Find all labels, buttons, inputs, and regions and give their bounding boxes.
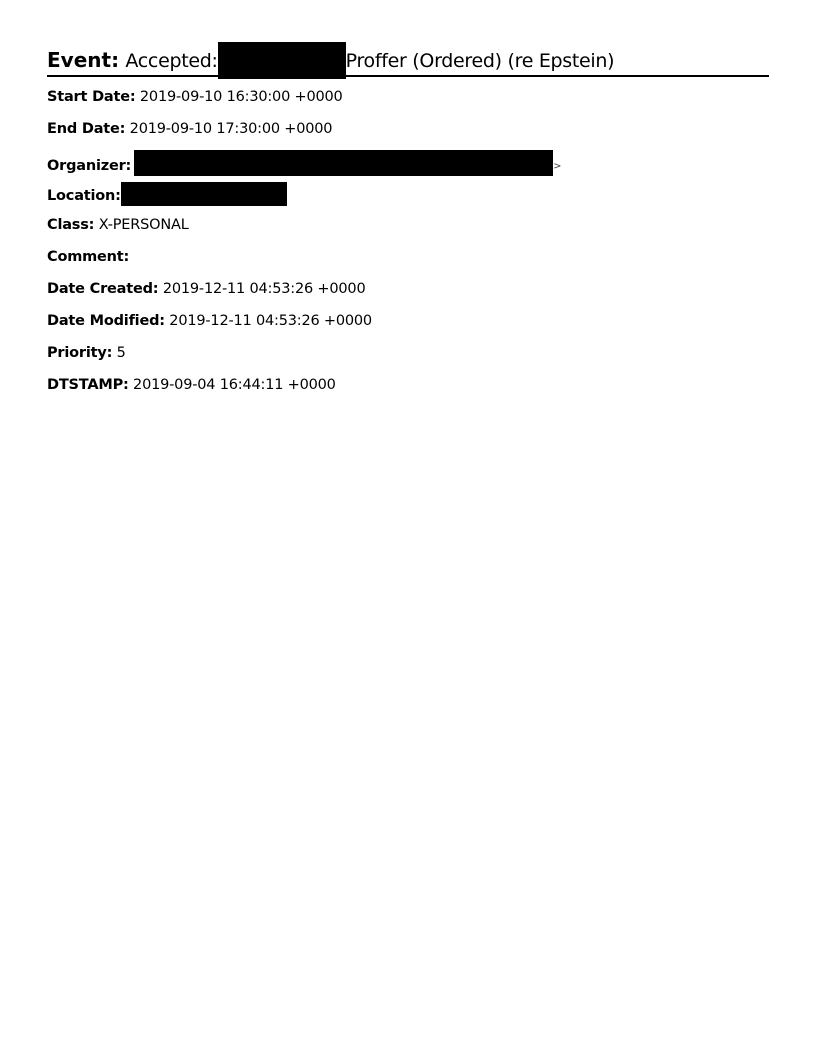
event-label: Event: xyxy=(47,48,119,72)
redaction-block xyxy=(218,42,346,79)
field-value-suffix: > xyxy=(553,161,561,172)
field-value: 5 xyxy=(117,345,126,361)
field-comment: Comment: xyxy=(47,246,561,278)
field-value: 2019-09-10 16:30:00 +0000 xyxy=(140,89,343,105)
field-date-created: Date Created: 2019-12-11 04:53:26 +0000 xyxy=(47,278,561,310)
field-value: X-PERSONAL xyxy=(99,217,189,233)
field-label: Location: xyxy=(47,188,121,204)
field-end-date: End Date: 2019-09-10 17:30:00 +0000 xyxy=(47,118,561,150)
field-label: Date Created: xyxy=(47,281,158,297)
field-label: DTSTAMP: xyxy=(47,377,129,393)
field-value: 2019-12-11 04:53:26 +0000 xyxy=(169,313,372,329)
field-dtstamp: DTSTAMP: 2019-09-04 16:44:11 +0000 xyxy=(47,374,561,406)
field-value: 2019-12-11 04:53:26 +0000 xyxy=(163,281,366,297)
field-label: Priority: xyxy=(47,345,112,361)
event-prefix: Accepted: xyxy=(125,50,217,72)
field-location: Location: xyxy=(47,182,561,214)
field-label: End Date: xyxy=(47,121,125,137)
redaction-block xyxy=(121,182,287,206)
event-title: Event: Accepted:Proffer (Ordered) (re Ep… xyxy=(47,44,769,77)
field-value: 2019-09-04 16:44:11 +0000 xyxy=(133,377,336,393)
field-label: Comment: xyxy=(47,249,129,265)
event-suffix: Proffer (Ordered) (re Epstein) xyxy=(346,50,615,72)
field-value: 2019-09-10 17:30:00 +0000 xyxy=(130,121,333,137)
event-fields: Start Date: 2019-09-10 16:30:00 +0000 En… xyxy=(47,86,561,406)
field-priority: Priority: 5 xyxy=(47,342,561,374)
field-label: Class: xyxy=(47,217,94,233)
field-label: Date Modified: xyxy=(47,313,165,329)
redaction-block xyxy=(134,150,553,176)
field-class: Class: X-PERSONAL xyxy=(47,214,561,246)
field-start-date: Start Date: 2019-09-10 16:30:00 +0000 xyxy=(47,86,561,118)
field-organizer: Organizer:> xyxy=(47,150,561,182)
field-date-modified: Date Modified: 2019-12-11 04:53:26 +0000 xyxy=(47,310,561,342)
field-label: Organizer: xyxy=(47,158,131,174)
field-label: Start Date: xyxy=(47,89,135,105)
